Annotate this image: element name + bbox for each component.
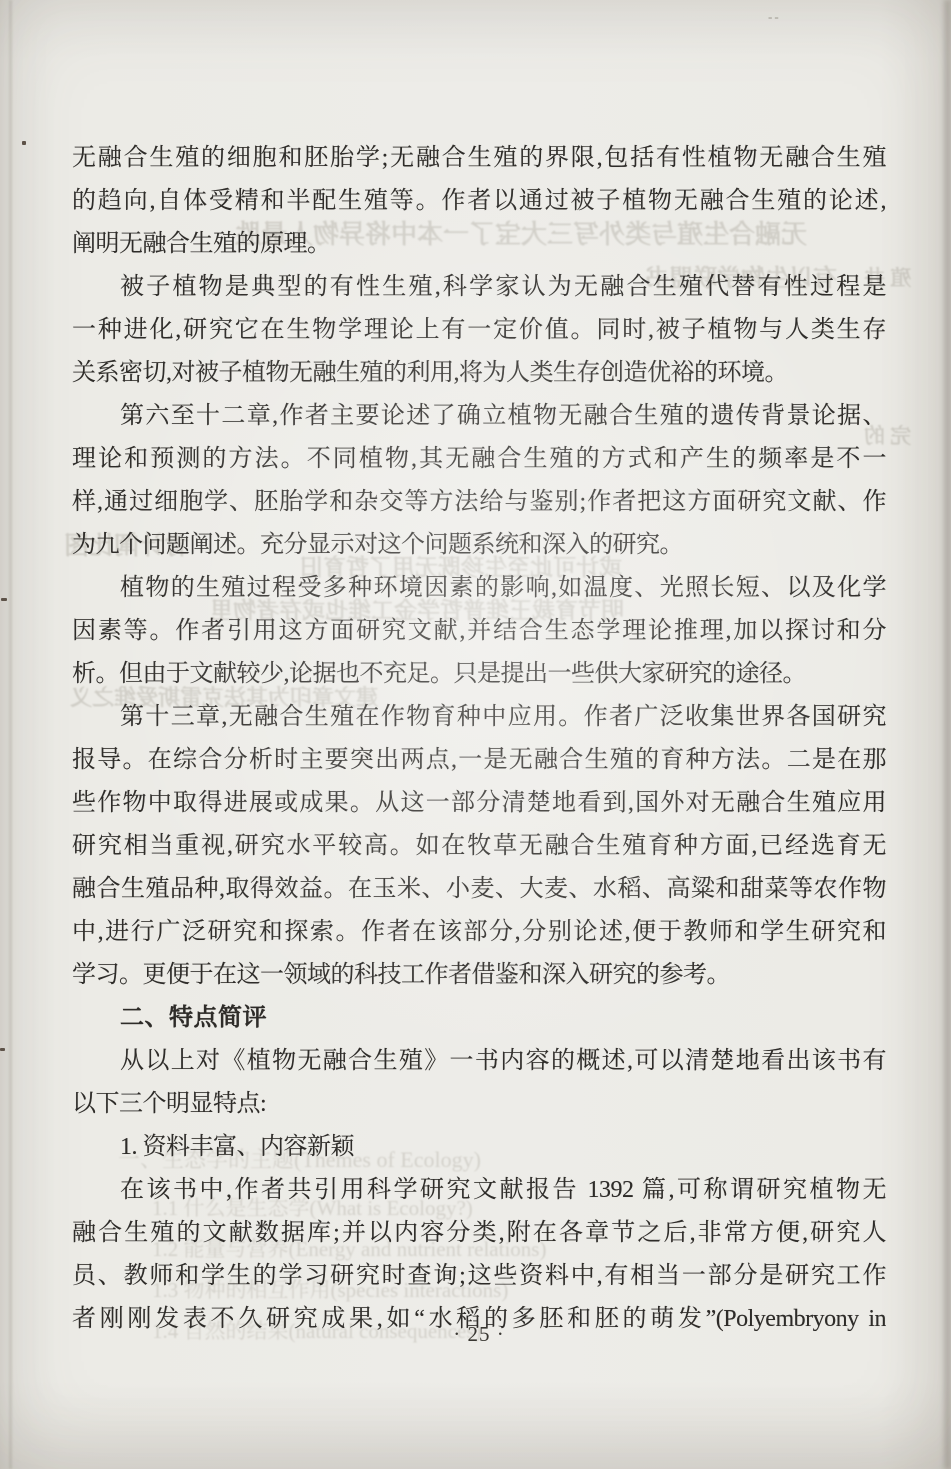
text-line paragraph-start: 从以上对《植物无融合生殖》一书内容的概述,可以清楚地看出该书有 [72, 1040, 886, 1083]
text-line: 员、教师和学生的学习研究时查询;这些资料中,有相当一部分是研究工作 [72, 1255, 886, 1298]
scan-speck [1, 598, 7, 601]
text-line: 因素等。作者引用这方面研究文献,并结合生态学理论推理,加以探讨和分 [72, 610, 886, 653]
text-line: 研究相当重视,研究水平较高。如在牧草无融合生殖育种方面,已经选育无 [72, 825, 886, 868]
page-number: · 25 · [72, 1322, 886, 1347]
list-item-heading: 1. 资料丰富、内容新颖 [72, 1126, 886, 1169]
text-line: 报导。在综合分析时主要突出两点,一是无融合生殖的育种方法。二是在那 [72, 739, 886, 782]
text-line: 理论和预测的方法。不同植物,其无融合生殖的方式和产生的频率是不一 [72, 438, 886, 481]
text-line: 阐明无融合生殖的原理。 [72, 223, 886, 266]
text-line: 些作物中取得进展或成果。从这一部分清楚地看到,国外对无融合生殖应用 [72, 782, 886, 825]
text-line: 融合生殖品种,取得效益。在玉米、小麦、大麦、水稻、高粱和甜菜等农作物 [72, 868, 886, 911]
text-line: 以下三个明显特点: [72, 1083, 886, 1126]
scan-speck [0, 1048, 5, 1051]
text-line: 无融合生殖的细胞和胚胎学;无融合生殖的界限,包括有性植物无融合生殖 [72, 137, 886, 180]
text-line: 析。但由于文献较少,论据也不充足。只是提出一些供大家研究的途径。 [72, 653, 886, 696]
scan-artifact-mark: -- [768, 9, 781, 25]
page-edge-shadow [944, 0, 951, 1469]
scan-speck [22, 141, 26, 145]
text-line: 样,通过细胞学、胚胎学和杂交等方法给与鉴别;作者把这方面研究文献、作 [72, 481, 886, 524]
text-line: 关系密切,对被子植物无融生殖的利用,将为人类生存创造优裕的环境。 [72, 352, 886, 395]
body-text-block: 无融合生殖的细胞和胚胎学;无融合生殖的界限,包括有性植物无融合生殖 的趋向,自体… [72, 137, 886, 1341]
text-line: 学习。更便于在这一领域的科技工作者借鉴和深入研究的参考。 [72, 954, 886, 997]
text-line: 中,进行广泛研究和探索。作者在该部分,分别论述,便于教师和学生研究和 [72, 911, 886, 954]
text-line paragraph-start: 第六至十二章,作者主要论述了确立植物无融合生殖的遗传背景论据、 [72, 395, 886, 438]
text-line: 一种进化,研究它在生物学理论上有一定价值。同时,被子植物与人类生存 [72, 309, 886, 352]
text-line paragraph-start: 植物的生殖过程受多种环境因素的影响,如温度、光照长短、以及化学 [72, 567, 886, 610]
text-line paragraph-start: 第十三章,无融合生殖在作物育种中应用。作者广泛收集世界各国研究 [72, 696, 886, 739]
scanned-book-page: -- 无融合生殖与类外写三大宝了一本中将异物人最胜 有以生物学联盟书 肯计阐比图… [0, 0, 951, 1469]
text-line: 的趋向,自体受精和半配生殖等。作者以通过被子植物无融合生殖的论述, [72, 180, 886, 223]
text-line: 为九个问题阐述。充分显示对这个问题系统和深入的研究。 [72, 524, 886, 567]
page-gutter-shadow [9, 0, 12, 1469]
text-line paragraph-start: 被子植物是典型的有性生殖,科学家认为无融合生殖代替有性过程是 [72, 266, 886, 309]
text-line paragraph-start: 在该书中,作者共引用科学研究文献报告 1392 篇,可称谓研究植物无 [72, 1169, 886, 1212]
text-line: 融合生殖的文献数据库;并以内容分类,附在各章节之后,非常方便,研究人 [72, 1212, 886, 1255]
section-heading: 二、特点简评 [72, 997, 886, 1040]
